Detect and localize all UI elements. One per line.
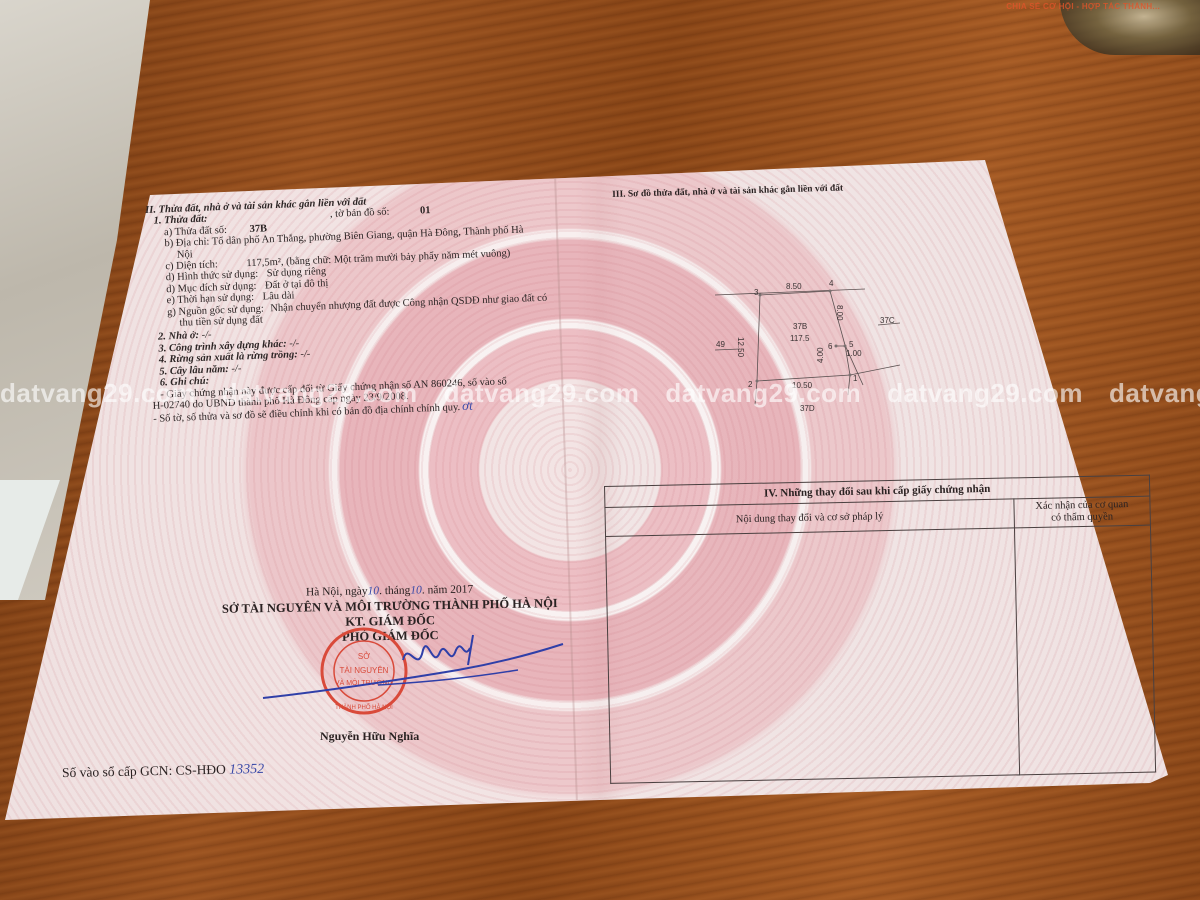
forest-value: -/- — [300, 349, 310, 360]
svg-text:8.00: 8.00 — [835, 305, 844, 321]
svg-text:37C: 37C — [880, 316, 895, 325]
svg-text:12.50: 12.50 — [736, 337, 745, 358]
svg-text:49: 49 — [716, 340, 725, 349]
address-label: b) Địa chỉ: — [164, 237, 209, 250]
svg-text:37B: 37B — [793, 322, 807, 331]
perennial-value: -/- — [231, 363, 241, 374]
issue-month: 10 — [410, 584, 422, 596]
svg-text:5: 5 — [849, 340, 854, 349]
svg-text:1.00: 1.00 — [846, 349, 862, 358]
house-value: -/- — [201, 330, 211, 341]
signer-name: Nguyễn Hữu Nghĩa — [320, 729, 419, 744]
section-iv-changes-table: IV. Những thay đổi sau khi cấp giấy chứn… — [604, 475, 1156, 784]
issue-day: 10 — [367, 585, 379, 597]
authority-confirmation-cell — [1014, 525, 1155, 775]
brand-caption: CHIA SẺ CƠ HỘI - HỢP TÁC THÀNH... — [1006, 2, 1160, 11]
change-content-cell — [606, 528, 1020, 784]
other-works-value: -/- — [289, 338, 299, 349]
registry-handwritten-number: 13352 — [229, 762, 264, 778]
parcel-no-value: 37B — [249, 223, 267, 235]
svg-text:4.00: 4.00 — [816, 347, 825, 363]
svg-text:4: 4 — [829, 279, 834, 288]
handwritten-signature — [258, 630, 578, 710]
watermark: datvang29.comdatvang29.comdatvang29.comd… — [0, 378, 1200, 409]
map-sheet-value: 01 — [420, 205, 431, 216]
map-sheet-label: , tờ bản đồ số: — [330, 207, 390, 220]
col-authority-confirmation: Xác nhận của cơ quancó thẩm quyền — [1014, 496, 1151, 528]
perennial-label: 5. Cây lâu năm: — [159, 364, 229, 378]
svg-text:117.5: 117.5 — [790, 334, 810, 343]
svg-text:8.50: 8.50 — [786, 282, 802, 291]
purpose-value: Đất ở tại đô thị — [265, 278, 329, 291]
term-value: Lâu dài — [263, 291, 295, 303]
svg-text:6: 6 — [828, 342, 833, 351]
svg-text:3: 3 — [754, 288, 759, 297]
